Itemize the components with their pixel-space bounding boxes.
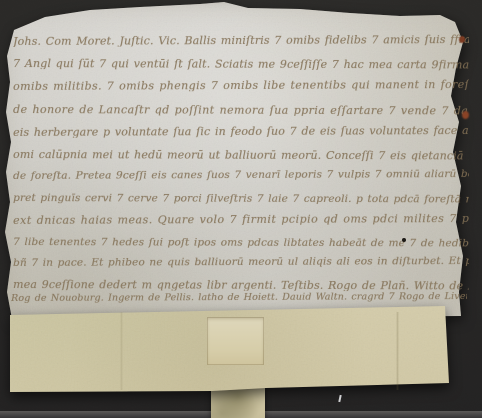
charter-photograph: Johs. Com Moret. Juſtic. Vic. Ballis min… (0, 0, 482, 418)
red-stain-right-edge (462, 111, 469, 119)
fold-crease (396, 312, 399, 390)
fold-crease (120, 312, 123, 390)
ink-blot (402, 238, 406, 242)
red-stain-top-right (459, 36, 465, 43)
seal-tag-window (207, 317, 264, 365)
